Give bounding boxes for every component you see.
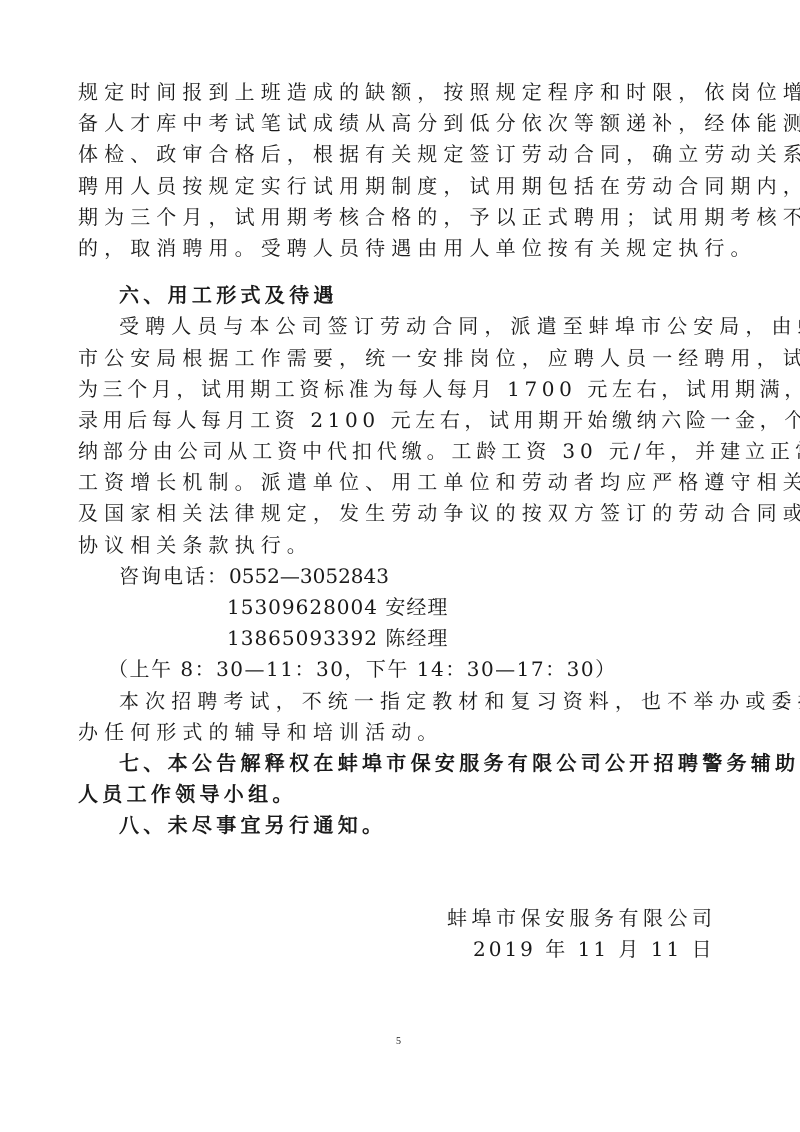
text-line: 备人才库中考试笔试成绩从高分到低分依次等额递补，经体能测试、 <box>78 108 728 139</box>
text-line: 规定时间报到上班造成的缺额，按照规定程序和时限，依岗位增补后 <box>78 77 728 108</box>
section-heading-7: 七、本公告解释权在蚌埠市保安服务有限公司公开招聘警务辅助 <box>78 748 728 779</box>
text-line: 办任何形式的辅导和培训活动。 <box>78 717 728 748</box>
text-line: 录用后每人每月工资 2100 元左右，试用期开始缴纳六险一金，个人缴 <box>78 405 728 436</box>
text-line: 工资增长机制。派遣单位、用工单位和劳动者均应严格遵守相关合同 <box>78 467 728 498</box>
text-line: 体检、政审合格后，根据有关规定签订劳动合同，确立劳动关系。新 <box>78 139 728 170</box>
section-heading-6: 六、用工形式及待遇 <box>78 280 728 311</box>
contact-hours: （上午 8：30—11：30，下午 14：30—17：30） <box>78 654 728 685</box>
signature-org: 蚌埠市保安服务有限公司 <box>447 903 717 934</box>
text-line: 协议相关条款执行。 <box>78 530 728 561</box>
contact-phone-2: 15309628004 安经理 <box>227 595 448 619</box>
contact-phone-3: 13865093392 陈经理 <box>227 626 448 650</box>
text-line: 受聘人员与本公司签订劳动合同，派遣至蚌埠市公安局，由蚌埠 <box>78 311 728 342</box>
contact-phone-line: 15309628004 安经理 <box>78 592 728 623</box>
text-line: 及国家相关法律规定，发生劳动争议的按双方签订的劳动合同或用工 <box>78 498 728 529</box>
signature-block: 蚌埠市保安服务有限公司 2019 年 11 月 11 日 <box>447 903 717 965</box>
text-line: 市公安局根据工作需要，统一安排岗位，应聘人员一经聘用，试用期 <box>78 343 728 374</box>
contact-label: 咨询电话： <box>119 564 229 588</box>
text-line: 纳部分由公司从工资中代扣代缴。工龄工资 30 元/年，并建立正常的 <box>78 436 728 467</box>
paragraph-gap <box>78 264 728 280</box>
text-line: 的，取消聘用。受聘人员待遇由用人单位按有关规定执行。 <box>78 233 728 264</box>
text-line: 本次招聘考试，不统一指定教材和复习资料，也不举办或委托举 <box>78 686 728 717</box>
section-heading-7-cont: 人员工作领导小组。 <box>78 779 728 810</box>
contact-phone-main: 0552—3052843 <box>229 564 389 588</box>
contact-phone-line: 咨询电话：0552—3052843 <box>78 561 728 592</box>
text-line: 聘用人员按规定实行试用期制度，试用期包括在劳动合同期内，试用 <box>78 171 728 202</box>
signature-date: 2019 年 11 月 11 日 <box>447 934 717 965</box>
page-number: 5 <box>396 1036 401 1047</box>
contact-phone-line: 13865093392 陈经理 <box>78 623 728 654</box>
section-heading-8: 八、未尽事宜另行通知。 <box>78 810 728 841</box>
text-line: 期为三个月，试用期考核合格的，予以正式聘用；试用期考核不合格 <box>78 202 728 233</box>
text-line: 为三个月，试用期工资标准为每人每月 1700 元左右，试用期满，正式 <box>78 374 728 405</box>
document-body: 规定时间报到上班造成的缺额，按照规定程序和时限，依岗位增补后 备人才库中考试笔试… <box>78 77 728 842</box>
